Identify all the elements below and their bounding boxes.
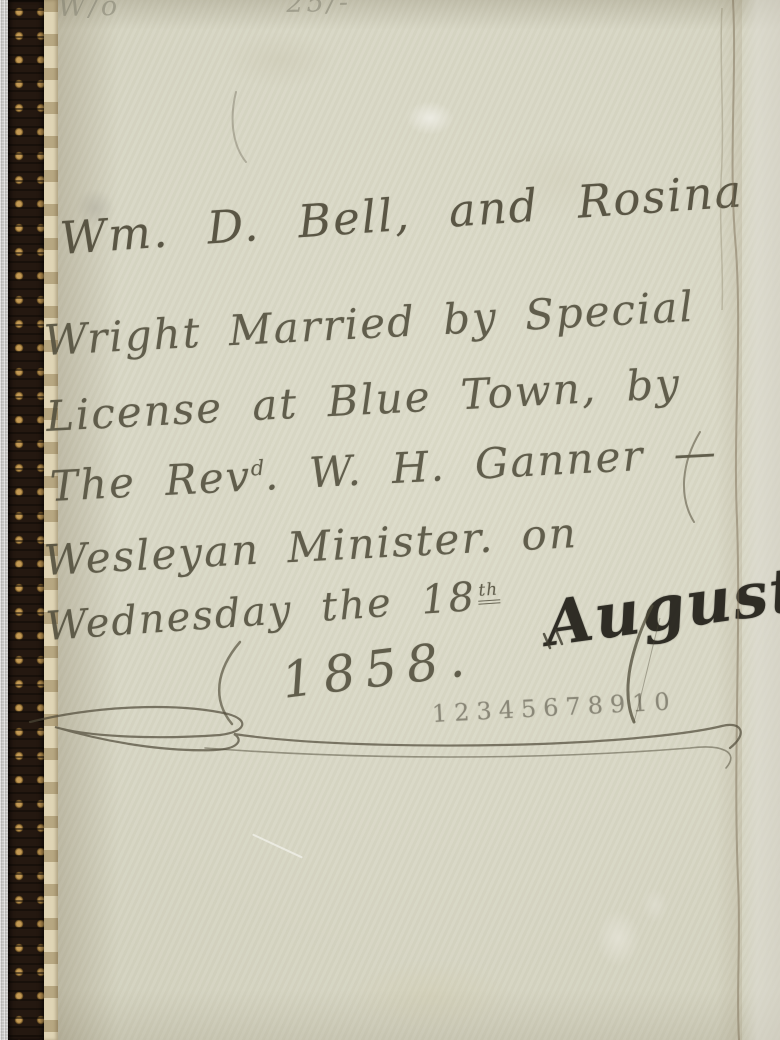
photo-of-book-flyleaf: W/o 25/- Wm. D. Bell, and Rosina Wright … [0,0,780,1040]
worn-leather-pale-edge [44,0,58,1040]
gilt-leather-binding-edge [8,0,44,1040]
page-outer-edge [742,0,780,1040]
reverend-superscript: d [250,456,265,481]
date-ordinal: th [477,578,500,604]
page-curvature-shading [716,0,742,1040]
